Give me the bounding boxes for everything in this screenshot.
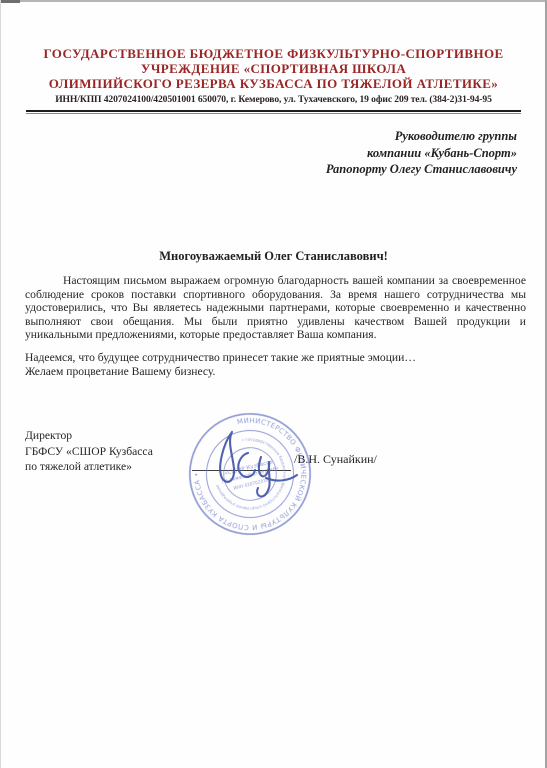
addressee-block: Руководителю группы компании «Кубань-Спо… — [326, 128, 517, 178]
signoff-org-line-2: по тяжелой атлетике» — [25, 459, 153, 475]
header-rule-thick — [26, 110, 521, 112]
closing-line-2: Желаем процветание Вашему бизнесу. — [25, 365, 526, 379]
typed-name: /В.Н. Сунайкин/ — [294, 452, 377, 467]
letter-body: Настоящим письмом выражаем огромную благ… — [25, 274, 526, 378]
org-name-line-3: ОЛИМПИЙСКОГО РЕЗЕРВА КУЗБАССА ПО ТЯЖЕЛОЙ… — [26, 76, 521, 91]
addressee-line-2: компании «Кубань-Спорт» — [326, 145, 517, 162]
closing-line-1: Надеемся, что будущее сотрудничество при… — [25, 351, 526, 365]
org-name-line-1: ГОСУДАРСТВЕННОЕ БЮДЖЕТНОЕ ФИЗКУЛЬТУРНО-С… — [26, 46, 521, 61]
salutation: Многоуважаемый Олег Станиславович! — [0, 249, 547, 264]
scan-edge-top — [0, 0, 547, 2]
body-paragraph: Настоящим письмом выражаем огромную благ… — [25, 274, 526, 342]
addressee-line-3: Рапопорту Олегу Станиславовичу — [326, 161, 517, 178]
signoff-block: Директор ГБФСУ «СШОР Кузбасса по тяжелой… — [25, 428, 153, 475]
addressee-line-1: Руководителю группы — [326, 128, 517, 145]
requisites-line: ИНН/КПП 4207024100/420501001 650070, г. … — [26, 94, 521, 106]
scan-edge-left — [0, 0, 1, 768]
org-name-line-2: УЧРЕЖДЕНИЕ «СПОРТИВНАЯ ШКОЛА — [26, 61, 521, 76]
signoff-org-line-1: ГБФСУ «СШОР Кузбасса — [25, 444, 153, 460]
signoff-title: Директор — [25, 428, 153, 444]
scanned-letter-page: ГОСУДАРСТВЕННОЕ БЮДЖЕТНОЕ ФИЗКУЛЬТУРНО-С… — [0, 0, 547, 768]
handwritten-signature-icon — [198, 426, 302, 510]
letterhead: ГОСУДАРСТВЕННОЕ БЮДЖЕТНОЕ ФИЗКУЛЬТУРНО-С… — [26, 46, 521, 114]
scan-edge-top-corner — [0, 0, 20, 3]
header-rule-thin — [26, 113, 521, 114]
